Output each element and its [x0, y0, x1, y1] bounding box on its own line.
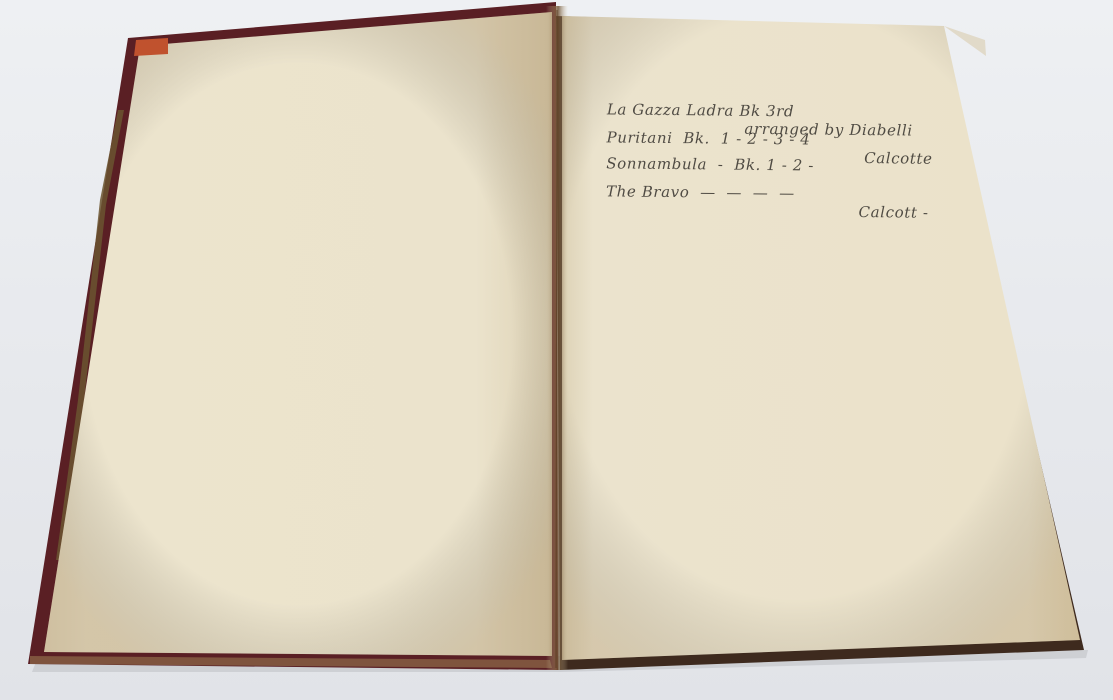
- red-label: [134, 38, 168, 56]
- page-corner-crease: [944, 26, 986, 56]
- line-4-note: Calcott -: [859, 203, 929, 222]
- handwritten-line-4: The Bravo — — — — Calcott -: [573, 164, 795, 238]
- line-4-title: The Bravo — — — —: [606, 182, 795, 202]
- line-2-note: Calcotte: [864, 149, 933, 168]
- photo-scene: La Gazza Ladra Bk 3rd arranged by Diabel…: [0, 0, 1113, 700]
- open-book: [0, 0, 1113, 700]
